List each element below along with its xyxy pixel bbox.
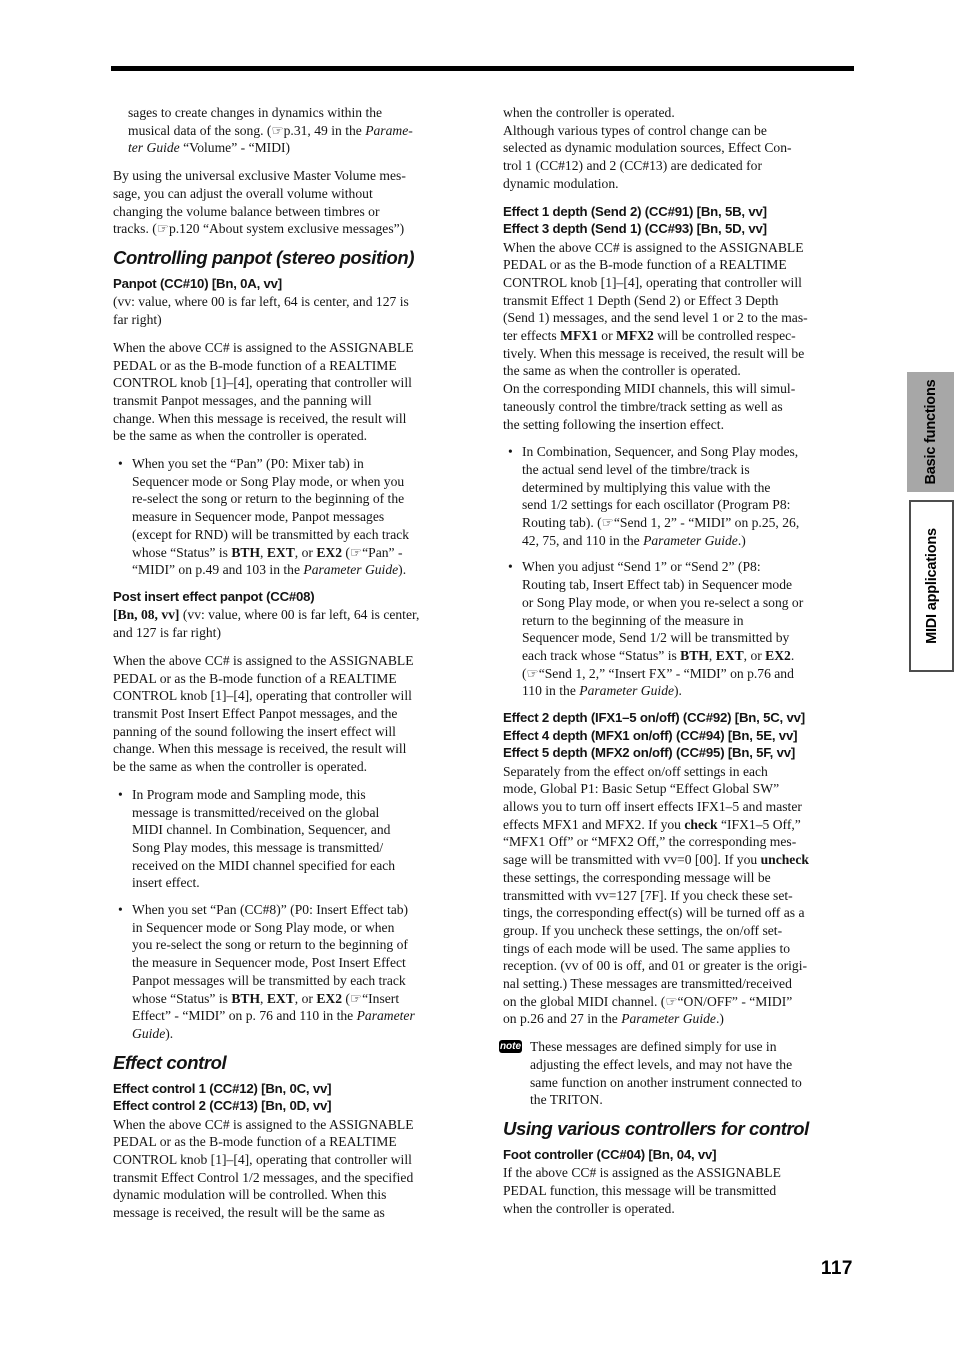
text-run: , or — [744, 648, 766, 663]
text-run: sages to create changes in dynamics with… — [128, 105, 382, 138]
text-run: , or — [295, 991, 317, 1006]
text-run: By using the universal exclusive Master … — [113, 168, 406, 236]
paragraph: when the controller is operated. Althoug… — [503, 104, 859, 193]
paragraph: (vv: value, where 00 is far left, 64 is … — [113, 293, 465, 328]
italic-text: Parameter Guide — [579, 683, 674, 698]
page-number: 117 — [821, 1258, 853, 1280]
text-run: When the above CC# is assigned to the AS… — [113, 340, 414, 444]
italic-text: Parameter Guide — [643, 533, 738, 548]
bold-text: uncheck — [761, 852, 809, 867]
text-run: , — [709, 648, 716, 663]
text-run: when the controller is operated. Althoug… — [503, 105, 792, 191]
top-rule — [111, 66, 854, 71]
section-heading: Using various controllers for control — [503, 1119, 859, 1139]
italic-text: Parameter Guide — [303, 562, 398, 577]
sub-heading: Effect control 1 (CC#12) [Bn, 0C, vv] Ef… — [113, 1080, 465, 1115]
sub-heading: Effect 2 depth (IFX1–5 on/off) (CC#92) [… — [503, 709, 859, 762]
text-run: , — [260, 991, 267, 1006]
text-run: , or — [295, 545, 317, 560]
paragraph: [Bn, 08, vv] (vv: value, where 00 is far… — [113, 606, 465, 641]
bold-text: MFX1 — [560, 328, 598, 343]
bullet-item: When you set the “Pan” (P0: Mixer tab) i… — [113, 455, 465, 579]
bold-text: MFX2 — [616, 328, 654, 343]
text-run: these settings, the corresponding messag… — [503, 870, 807, 1027]
bold-text: EX2 — [765, 648, 791, 663]
bold-text: EX2 — [316, 545, 342, 560]
bold-text: BTH — [680, 648, 709, 663]
text-run: These messages are defined simply for us… — [530, 1039, 802, 1107]
bold-text: BTH — [231, 991, 260, 1006]
bullet-item: When you set “Pan (CC#8)” (P0: Insert Ef… — [113, 901, 465, 1043]
text-run: If the above CC# is assigned as the ASSI… — [503, 1165, 781, 1215]
bold-text: check — [684, 817, 717, 832]
bold-text: BTH — [231, 545, 260, 560]
tab-basic-functions-label: Basic functions — [923, 380, 939, 485]
section-heading: Effect control — [113, 1053, 465, 1073]
paragraph: sages to create changes in dynamics with… — [113, 104, 465, 157]
right-column: when the controller is operated. Althoug… — [503, 104, 859, 1228]
text-run: ). — [674, 683, 682, 698]
sub-heading: Foot controller (CC#04) [Bn, 04, vv] — [503, 1146, 859, 1164]
paragraph: If the above CC# is assigned as the ASSI… — [503, 1164, 859, 1217]
sub-heading: Post insert effect panpot (CC#08) — [113, 588, 465, 606]
text-run: , — [260, 545, 267, 560]
bold-text: EXT — [267, 545, 295, 560]
paragraph: When the above CC# is assigned to the AS… — [113, 339, 465, 445]
left-column: sages to create changes in dynamics with… — [113, 104, 465, 1232]
text-run: (vv: value, where 00 is far left, 64 is … — [113, 294, 409, 327]
text-run: When the above CC# is assigned to the AS… — [113, 653, 414, 774]
text-run: When the above CC# is assigned to the AS… — [113, 1117, 414, 1221]
text-run: .) — [716, 1011, 724, 1026]
bold-text: [Bn, 08, vv] — [113, 607, 179, 622]
bullet-item: In Program mode and Sampling mode, this … — [113, 786, 465, 892]
text-run: .) — [738, 533, 746, 548]
bold-text: EXT — [716, 648, 744, 663]
note-block: noteThese messages are defined simply fo… — [503, 1038, 859, 1109]
tab-midi-applications-label: MIDI applications — [924, 528, 940, 644]
sub-heading: Effect 1 depth (Send 2) (CC#91) [Bn, 5B,… — [503, 203, 859, 238]
section-heading: Controlling panpot (stereo position) — [113, 248, 465, 268]
paragraph: Separately from the effect on/off settin… — [503, 763, 859, 1029]
paragraph: When the above CC# is assigned to the AS… — [113, 652, 465, 776]
bullet-item: When you adjust “Send 1” or “Send 2” (P8… — [503, 558, 859, 700]
text-run: or — [598, 328, 616, 343]
paragraph: By using the universal exclusive Master … — [113, 167, 465, 238]
tab-basic-functions: Basic functions — [907, 372, 954, 492]
sub-heading: Panpot (CC#10) [Bn, 0A, vv] — [113, 275, 465, 293]
note-icon: note — [499, 1040, 522, 1053]
text-run: “Volume” - “MIDI) — [180, 140, 290, 155]
paragraph: When the above CC# is assigned to the AS… — [503, 239, 859, 434]
paragraph: When the above CC# is assigned to the AS… — [113, 1116, 465, 1222]
bold-text: EXT — [267, 991, 295, 1006]
text-run: will be controlled respec- tively. When … — [503, 328, 804, 432]
bullet-item: In Combination, Sequencer, and Song Play… — [503, 443, 859, 549]
italic-text: Parameter Guide — [621, 1011, 716, 1026]
bold-text: EX2 — [316, 991, 342, 1006]
text-run: ). — [398, 562, 406, 577]
text-run: In Program mode and Sampling mode, this … — [132, 787, 395, 891]
text-run: ). — [165, 1026, 173, 1041]
tab-midi-applications: MIDI applications — [909, 500, 954, 672]
